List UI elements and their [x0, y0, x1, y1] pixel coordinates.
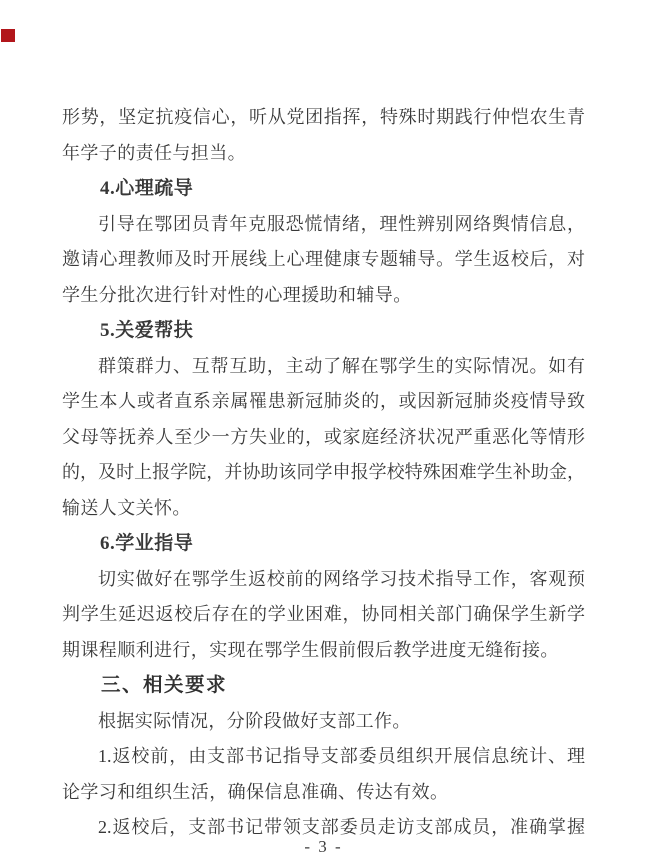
- text-line: 学生分批次进行针对性的心理援助和辅导。: [62, 278, 585, 314]
- text-line: 父母等抚养人至少一方失业的，或家庭经济状况严重恶化等情形: [62, 420, 585, 456]
- text-line: 学生本人或者直系亲属罹患新冠肺炎的，或因新冠肺炎疫情导致: [62, 384, 585, 420]
- text-line: 引导在鄂团员青年克服恐慌情绪，理性辨别网络舆情信息，: [62, 207, 585, 243]
- document-page: 形势，坚定抗疫信心，听从党团指挥，特殊时期践行仲恺农生青年学子的责任与担当。4.…: [0, 0, 647, 861]
- text-line: 邀请心理教师及时开展线上心理健康专题辅导。学生返校后，对: [62, 242, 585, 278]
- heading-line: 6.学业指导: [62, 526, 585, 562]
- heading-line: 三、相关要求: [62, 668, 585, 704]
- text-line: 形势，坚定抗疫信心，听从党团指挥，特殊时期践行仲恺农生青: [62, 100, 585, 136]
- page-number: - 3 -: [0, 835, 647, 859]
- text-line: 判学生延迟返校后存在的学业困难，协同相关部门确保学生新学: [62, 597, 585, 633]
- text-line: 期课程顺利进行，实现在鄂学生假前假后教学进度无缝衔接。: [62, 633, 585, 669]
- document-body: 形势，坚定抗疫信心，听从党团指挥，特殊时期践行仲恺农生青年学子的责任与担当。4.…: [62, 100, 585, 846]
- red-mark: [1, 29, 15, 42]
- text-line: 输送人文关怀。: [62, 491, 585, 527]
- text-line: 群策群力、互帮互助，主动了解在鄂学生的实际情况。如有: [62, 349, 585, 385]
- text-line: 切实做好在鄂学生返校前的网络学习技术指导工作，客观预: [62, 562, 585, 598]
- text-line: 年学子的责任与担当。: [62, 136, 585, 172]
- text-line: 1.返校前，由支部书记指导支部委员组织开展信息统计、理: [62, 739, 585, 775]
- text-line: 论学习和组织生活，确保信息准确、传达有效。: [62, 775, 585, 811]
- text-line: 的，及时上报学院，并协助该同学申报学校特殊困难学生补助金，: [62, 455, 585, 491]
- heading-line: 4.心理疏导: [62, 171, 585, 207]
- text-line: 根据实际情况，分阶段做好支部工作。: [62, 704, 585, 740]
- heading-line: 5.关爱帮扶: [62, 313, 585, 349]
